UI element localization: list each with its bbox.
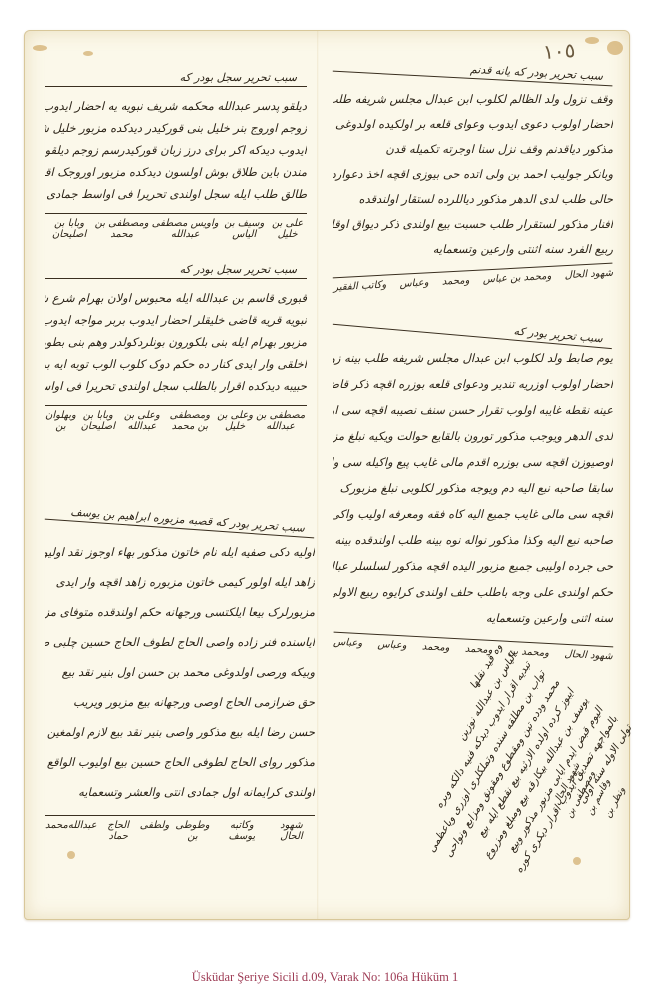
- folio-number: ١٠٥: [542, 38, 576, 64]
- witness-list: شهود الحال وکاتبه یوسف وطوطی بن ولطفی ال…: [45, 815, 315, 842]
- entry-left-top: سبب تحریر سجل بودر که دیلقو پدسر عبدالله…: [45, 71, 307, 240]
- text-line: حبیبه دیدکده اقرار بالطلب سجل اولندی تحر…: [45, 375, 307, 397]
- witness-name: وکاتب الفقیر: [333, 280, 386, 294]
- witness-name: وبهلوان بن: [45, 410, 76, 432]
- text-line: اقچه سی مالی غایب جمیع الیه کاه فقه ومعر…: [333, 501, 613, 527]
- text-line: احضار اولوب اوزریه تندیر ودعوای قلعه بوز…: [333, 371, 613, 397]
- document-caption: Üsküdar Şeriye Sicili d.09, Varak No: 10…: [0, 970, 650, 985]
- entry-heading: سبب تحریر بودر که: [333, 309, 613, 349]
- witness-name: شهود الحال: [564, 268, 613, 282]
- text-line: مذکور دیاقدنم وقف نزل سنا اوجرته تکمیله …: [333, 137, 613, 162]
- witness-name: ومحمد: [422, 641, 450, 653]
- entry-heading: سبب تحریر بودر که قصبه مزبوره ابراهیم بن…: [45, 504, 315, 539]
- entry-left-middle: سبب تحریر سجل بودر که قبوری قاسم بن عبدا…: [45, 263, 307, 432]
- text-line: دیلقو پدسر عبدالله محکمه شریف نبویه یه ا…: [45, 95, 307, 117]
- witness-name: ومحمد: [442, 275, 470, 287]
- text-line: عینه نقطه غایبه اولوب تقرار حسن سنف نصیب…: [333, 397, 613, 423]
- witness-name: وعلی بن عبدالله: [120, 410, 164, 432]
- witness-name: علی بن خلیل: [268, 218, 307, 240]
- text-line: حالی طلب لدی الدهر مذکور دیاللرده لستقار…: [333, 187, 613, 212]
- witness-name: محمد: [45, 820, 68, 842]
- text-line: وقف نزول ولد الظالم لکلوب ابن عبدال مجلس…: [333, 87, 613, 112]
- witness-name: ومصطفی بن محمد: [164, 410, 216, 432]
- entry-right-middle: سبب تحریر بودر که یوم صابط ولد لکلوب ابن…: [333, 321, 613, 655]
- text-line: زاهد ایله اولور کیمی خاتون مزبوره زاهد ا…: [45, 567, 315, 597]
- text-line: حی جرده اولیبی جمیع مزبور الیده اقچه مذک…: [333, 553, 613, 579]
- text-line: ایدوب دیدکه اکر برای درز زبان قورکیدرسم …: [45, 139, 307, 161]
- witness-name: مصطفی بن عبدالله: [254, 410, 307, 432]
- entry-left-bottom: سبب تحریر بودر که قصبه مزبوره ابراهیم بن…: [45, 513, 315, 842]
- text-line: اولندی کرایمانه اول جمادی انتی والعشر وت…: [45, 777, 315, 807]
- text-line: قبوری قاسم بن عبدالله ایله محبوس اولان ب…: [45, 287, 307, 309]
- text-line: سنه اثنی وارعین وتسعمایه: [333, 605, 613, 631]
- witness-name: وکاتبه یوسف: [216, 820, 268, 842]
- page-fold: [317, 31, 319, 919]
- text-line: زوجم اوروج بنر خلیل بنی قورکیدر دیدکده م…: [45, 117, 307, 139]
- witness-name: وبابا بن اصلیحان: [76, 410, 120, 432]
- witness-name: ومحمد بن عباس: [482, 271, 551, 286]
- text-line: لدی الدهر ویوجب مذکور تورون بالقایع حوال…: [333, 423, 613, 449]
- text-line: وبانکر جولیب احمد بن ولی اتده حی بیوزی ا…: [333, 162, 613, 187]
- text-line: حسن رضا ایله بیع مذکور واصی بنیر نقد بیع…: [45, 717, 315, 747]
- manuscript-page: ١٠٥ سبب تحریر سجل بودر که دیلقو پدسر عبد…: [24, 30, 630, 920]
- text-line: ربیع الفرد سنه اثنتی وارعین وتسعمایه: [333, 237, 613, 262]
- text-line: حق ضرازمی الحاج اوصی ورجهانه بیع مزبور و…: [45, 687, 315, 717]
- text-line: افنار مذکور لستقرار طلب حسبت بیع اولندی …: [333, 212, 613, 237]
- text-line: یوم صابط ولد لکلوب ابن عبدال مجلس شریفه …: [333, 345, 613, 371]
- text-line: احضار اولوب دعوی ایدوب وعوای قلعه بر اول…: [333, 112, 613, 137]
- stain-spot: [83, 51, 93, 56]
- witness-name: ومصطفی بن محمد: [93, 218, 150, 240]
- text-line: اخلقی وار ایدی کنار ده حکم دوک کلوب الوب…: [45, 353, 307, 375]
- text-line: اولیه دکی صفیه ایله نام خاتون مذکور بهاء…: [45, 537, 315, 567]
- witness-name: وعباس: [377, 639, 407, 652]
- text-line: طالق طلب ایله سجل اولندی تحریرا فی اواسط…: [45, 183, 307, 205]
- witness-name: وطوطی بن: [169, 820, 216, 842]
- text-line: حکم اولندی علی وجه باطلب حلف اولندی کرای…: [333, 579, 613, 605]
- witness-name: ولطفی: [140, 820, 169, 842]
- witness-list: علی بن خلیل وسیف بن الیاس واویس مصطفی عب…: [45, 213, 307, 240]
- witness-name: واویس مصطفی عبدالله: [150, 218, 220, 240]
- text-line: مزبور بهرام ایله بنی بلکورون بونلردکولدر…: [45, 331, 307, 353]
- witness-name: شهود الحال: [268, 820, 315, 842]
- text-line: ایاسنده فنر زاده واصی الحاج لطوف الحاج ح…: [45, 627, 315, 657]
- entry-heading: سبب تحریر سجل بودر که: [45, 263, 307, 279]
- text-line: مندن باین طلاق بوش اولسون دیدکده مزبور ا…: [45, 161, 307, 183]
- entry-right-top: سبب تحریر بودر که یانه قدنم وقف نزول ولد…: [333, 63, 613, 286]
- text-line: وبیکه ورصی اولدوغی محمد بن حسن اول بنیر …: [45, 657, 315, 687]
- witness-name: وعلی بن خلیل: [216, 410, 254, 432]
- text-line: اوصیوزن اقچه سی بوزره اقدم مالی غایب پیع…: [333, 449, 613, 475]
- witness-list: شهود الحال ومحمد بن ومحمد ومحمد وعباس وع…: [333, 632, 613, 663]
- stain-spot: [33, 45, 47, 51]
- witness-name: وعباس: [333, 637, 363, 650]
- stain-spot: [607, 41, 623, 55]
- witness-list: شهود الحال ومحمد بن عباس ومحمد وعباس وکا…: [333, 263, 613, 294]
- text-line: سابقا صاحبه نبع الیه دم ویوجه مذکور لکلو…: [333, 475, 613, 501]
- text-line: مزبورلرک بیعا ایلکتسی ورجهانه حکم اولندق…: [45, 597, 315, 627]
- stain-spot: [67, 851, 75, 859]
- text-line: صاحبه نبع الیه وکذا مذکور نواله نوه بینه…: [333, 527, 613, 553]
- entry-heading: سبب تحریر سجل بودر که: [45, 71, 307, 87]
- witness-name: وسیف بن الیاس: [220, 218, 268, 240]
- witness-name: وبابا بن اصلیحان: [45, 218, 93, 240]
- witness-name: عبدالله: [68, 820, 97, 842]
- witness-name: وعباس: [399, 277, 429, 290]
- stain-spot: [585, 37, 599, 44]
- text-line: نبویه قریه قاضی خلیقلر احضار ایدوب بربر …: [45, 309, 307, 331]
- witness-list: مصطفی بن عبدالله وعلی بن خلیل ومصطفی بن …: [45, 405, 307, 432]
- witness-name: شهود الحال: [564, 649, 613, 663]
- witness-name: الحاج حماد: [97, 820, 140, 842]
- text-line: مذکور روای الحاج لطوفی الحاج حسین بیع او…: [45, 747, 315, 777]
